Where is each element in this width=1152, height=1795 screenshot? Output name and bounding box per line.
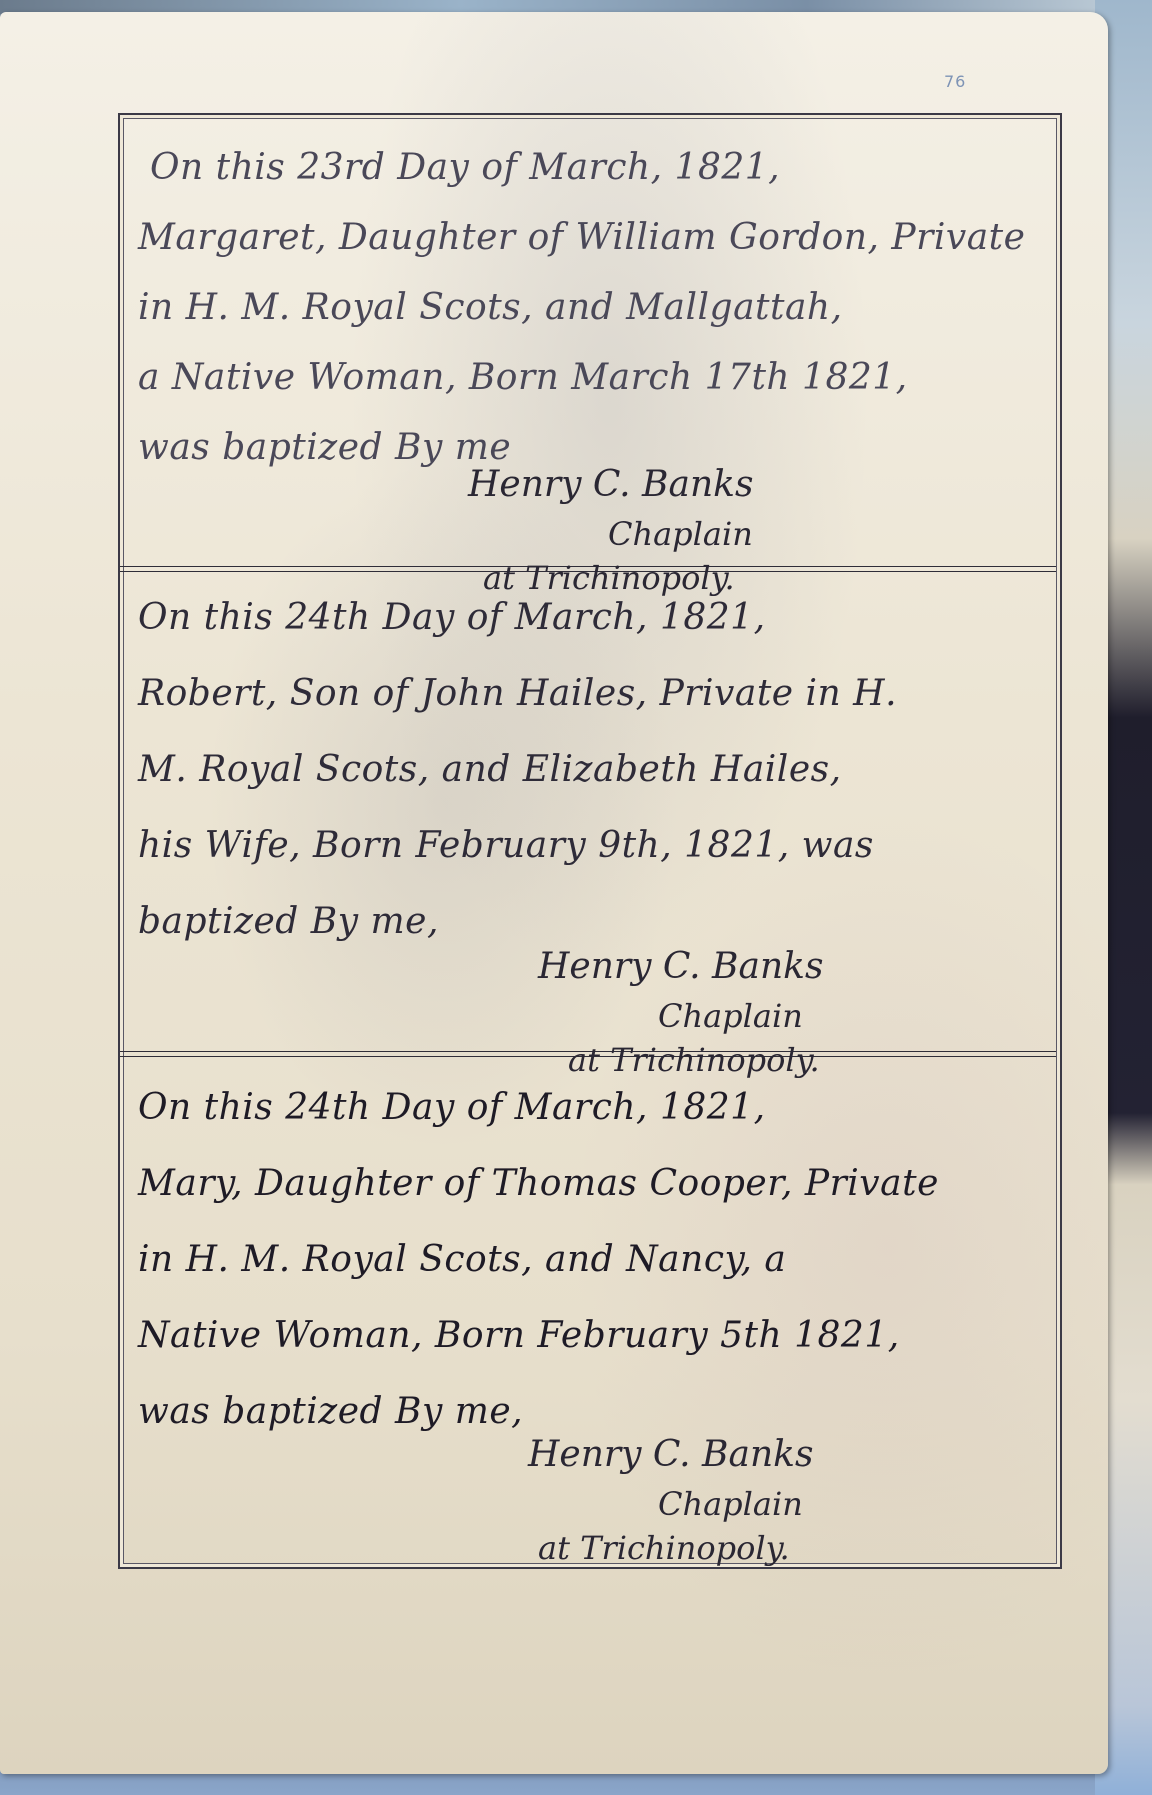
entry-line: a Native Woman, Born March 17th 1821,: [138, 360, 1038, 396]
baptism-entry: On this 24th Day of March, 1821, Robert,…: [138, 600, 1038, 1079]
chaplain-signature: Henry C. Banks: [538, 946, 1038, 987]
entry-line: his Wife, Born February 9th, 1821, was: [138, 828, 1038, 864]
baptism-entry: On this 23rd Day of March, 1821, Margare…: [138, 150, 1038, 597]
entry-line: Margaret, Daughter of William Gordon, Pr…: [138, 220, 1038, 256]
chaplain-location: at Trichinopoly.: [538, 1529, 1038, 1567]
entry-line: Native Woman, Born February 5th 1821,: [138, 1318, 1038, 1354]
chaplain-location: at Trichinopoly.: [483, 559, 1038, 597]
chaplain-title: Chaplain: [658, 997, 1038, 1035]
chaplain-location: at Trichinopoly.: [568, 1041, 1038, 1079]
chaplain-title: Chaplain: [658, 1485, 1038, 1523]
chaplain-signature: Henry C. Banks: [468, 464, 1038, 505]
entry-line: M. Royal Scots, and Elizabeth Hailes,: [138, 752, 1038, 788]
entry-line: On this 24th Day of March, 1821,: [138, 600, 1038, 636]
entry-line: Mary, Daughter of Thomas Cooper, Private: [138, 1166, 1038, 1202]
entry-line: was baptized By me: [138, 430, 1038, 466]
page-number: 76: [944, 72, 966, 91]
baptism-entry: On this 24th Day of March, 1821, Mary, D…: [138, 1090, 1038, 1567]
entry-line: On this 24th Day of March, 1821,: [138, 1090, 1038, 1126]
entry-line: Robert, Son of John Hailes, Private in H…: [138, 676, 1038, 712]
entry-line: baptized By me,: [138, 904, 1038, 940]
entry-line: in H. M. Royal Scots, and Mallgattah,: [138, 290, 1038, 326]
chaplain-signature: Henry C. Banks: [528, 1434, 1038, 1475]
entry-line: was baptized By me,: [138, 1394, 1038, 1430]
entry-line: in H. M. Royal Scots, and Nancy, a: [138, 1242, 1038, 1278]
chaplain-title: Chaplain: [608, 515, 1038, 553]
entry-line: On this 23rd Day of March, 1821,: [150, 150, 1038, 186]
